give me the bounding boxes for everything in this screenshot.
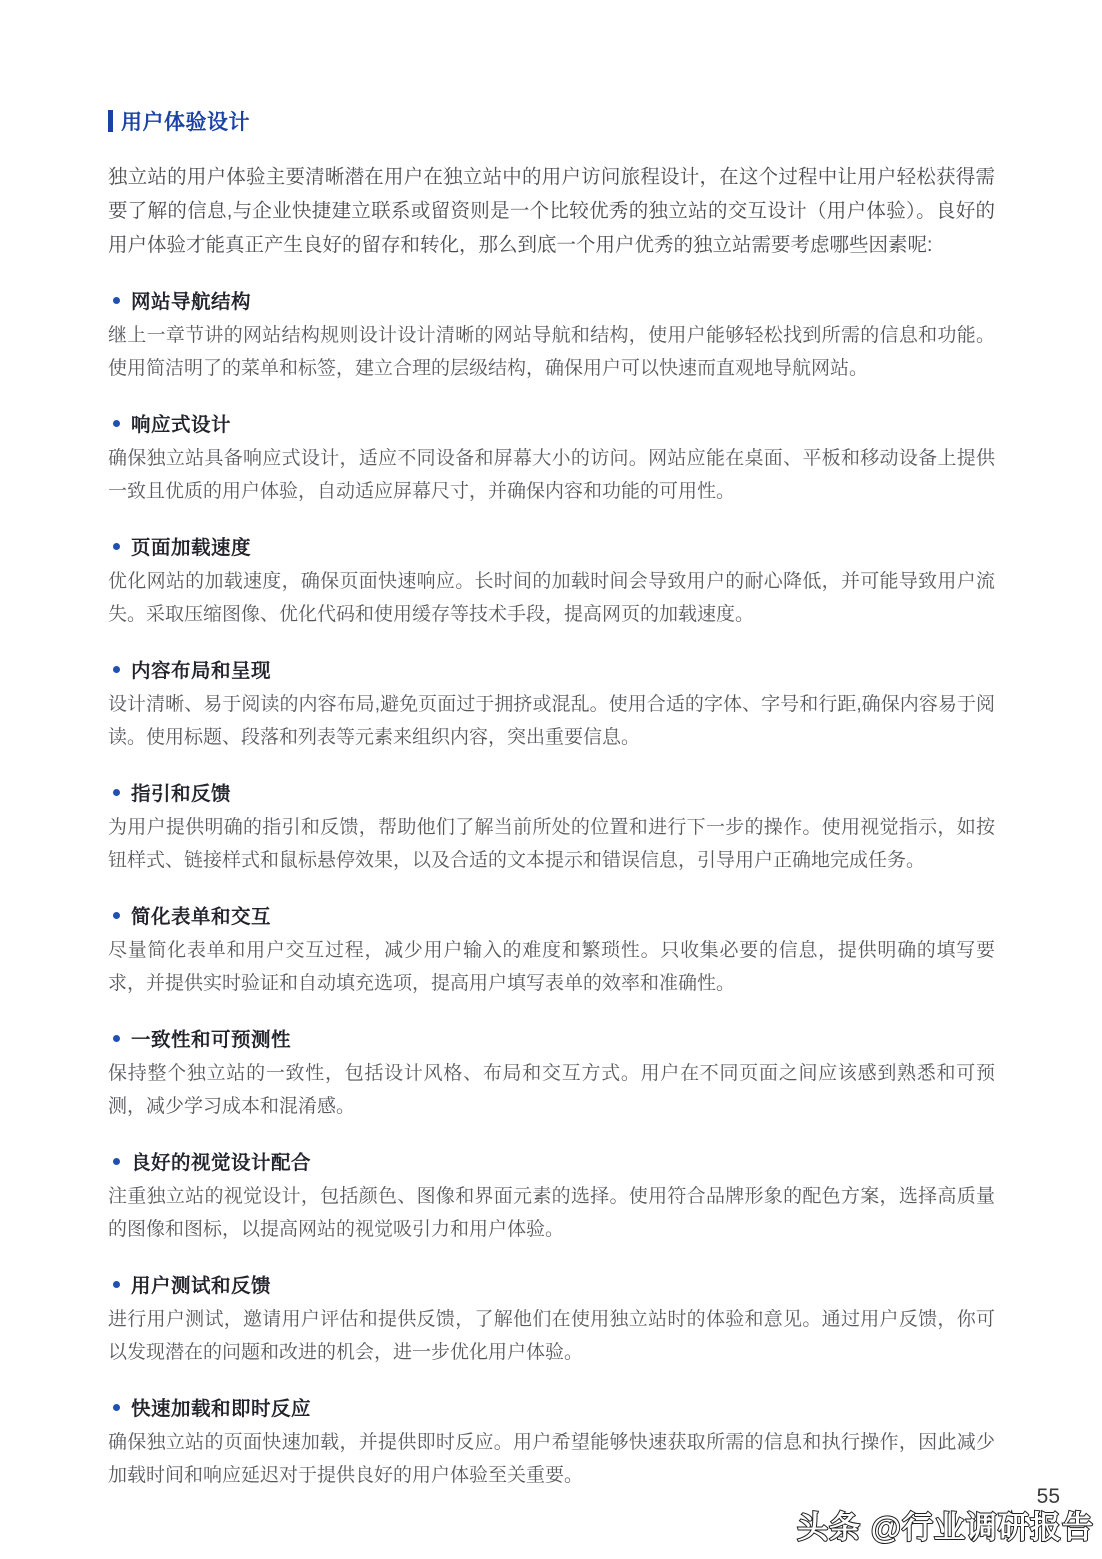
page-title-text: 用户体验设计 [121,106,250,136]
topic-body: 进行用户测试，邀请用户评估和提供反馈，了解他们在使用独立站时的体验和意见。通过用… [108,1303,995,1369]
topic-heading: 用户测试和反馈 [131,1270,271,1298]
topic-section: 指引和反馈 为用户提供明确的指引和反馈，帮助他们了解当前所处的位置和进行下一步的… [108,778,995,877]
page-title: 用户体验设计 [108,106,995,136]
topic-heading-row: 简化表单和交互 [108,901,995,929]
bullet-icon [113,297,120,304]
topic-section: 页面加载速度 优化网站的加载速度，确保页面快速响应。长时间的加载时间会导致用户的… [108,532,995,631]
topic-section: 良好的视觉设计配合 注重独立站的视觉设计，包括颜色、图像和界面元素的选择。使用符… [108,1147,995,1246]
topic-heading: 一致性和可预测性 [131,1024,291,1052]
topic-body: 为用户提供明确的指引和反馈，帮助他们了解当前所处的位置和进行下一步的操作。使用视… [108,811,995,877]
topic-heading-row: 响应式设计 [108,409,995,437]
topic-body: 保持整个独立站的一致性，包括设计风格、布局和交互方式。用户在不同页面之间应该感到… [108,1057,995,1123]
topic-heading-row: 页面加载速度 [108,532,995,560]
topic-body: 注重独立站的视觉设计，包括颜色、图像和界面元素的选择。使用符合品牌形象的配色方案… [108,1180,995,1246]
topic-heading-row: 内容布局和呈现 [108,655,995,683]
topic-section: 网站导航结构 继上一章节讲的网站结构规则设计设计清晰的网站导航和结构，使用户能够… [108,286,995,385]
watermark: 头条 @行业调研报告 [797,1502,1094,1547]
topic-heading: 网站导航结构 [131,286,251,314]
topic-heading: 简化表单和交互 [131,901,271,929]
bullet-icon [113,666,120,673]
bullet-icon [113,1404,120,1411]
bullet-icon [113,543,120,550]
topic-body: 确保独立站的页面快速加载，并提供即时反应。用户希望能够快速获取所需的信息和执行操… [108,1426,995,1492]
topic-sections-list: 网站导航结构 继上一章节讲的网站结构规则设计设计清晰的网站导航和结构，使用户能够… [108,286,995,1492]
title-accent-bar [108,110,113,132]
topic-section: 用户测试和反馈 进行用户测试，邀请用户评估和提供反馈，了解他们在使用独立站时的体… [108,1270,995,1369]
topic-body: 设计清晰、易于阅读的内容布局,避免页面过于拥挤或混乱。使用合适的字体、字号和行距… [108,688,995,754]
topic-body: 确保独立站具备响应式设计，适应不同设备和屏幕大小的访问。网站应能在桌面、平板和移… [108,442,995,508]
intro-paragraph: 独立站的用户体验主要清晰潜在用户在独立站中的用户访问旅程设计，在这个过程中让用户… [108,160,995,262]
document-page: 用户体验设计 独立站的用户体验主要清晰潜在用户在独立站中的用户访问旅程设计，在这… [0,0,1102,1559]
topic-heading-row: 良好的视觉设计配合 [108,1147,995,1175]
topic-heading: 响应式设计 [131,409,231,437]
bullet-icon [113,912,120,919]
bullet-icon [113,420,120,427]
topic-heading-row: 一致性和可预测性 [108,1024,995,1052]
topic-heading: 良好的视觉设计配合 [131,1147,311,1175]
topic-heading-row: 网站导航结构 [108,286,995,314]
topic-body: 优化网站的加载速度，确保页面快速响应。长时间的加载时间会导致用户的耐心降低，并可… [108,565,995,631]
topic-heading-row: 用户测试和反馈 [108,1270,995,1298]
topic-heading-row: 指引和反馈 [108,778,995,806]
bullet-icon [113,1281,120,1288]
bullet-icon [113,789,120,796]
bullet-icon [113,1158,120,1165]
topic-section: 一致性和可预测性 保持整个独立站的一致性，包括设计风格、布局和交互方式。用户在不… [108,1024,995,1123]
topic-section: 内容布局和呈现 设计清晰、易于阅读的内容布局,避免页面过于拥挤或混乱。使用合适的… [108,655,995,754]
topic-heading: 快速加载和即时反应 [131,1393,311,1421]
topic-heading: 内容布局和呈现 [131,655,271,683]
topic-section: 快速加载和即时反应 确保独立站的页面快速加载，并提供即时反应。用户希望能够快速获… [108,1393,995,1492]
topic-heading: 页面加载速度 [131,532,251,560]
topic-heading: 指引和反馈 [131,778,231,806]
bullet-icon [113,1035,120,1042]
topic-section: 响应式设计 确保独立站具备响应式设计，适应不同设备和屏幕大小的访问。网站应能在桌… [108,409,995,508]
topic-section: 简化表单和交互 尽量简化表单和用户交互过程，减少用户输入的难度和繁琐性。只收集必… [108,901,995,1000]
topic-body: 尽量简化表单和用户交互过程，减少用户输入的难度和繁琐性。只收集必要的信息，提供明… [108,934,995,1000]
topic-heading-row: 快速加载和即时反应 [108,1393,995,1421]
topic-body: 继上一章节讲的网站结构规则设计设计清晰的网站导航和结构，使用户能够轻松找到所需的… [108,319,995,385]
